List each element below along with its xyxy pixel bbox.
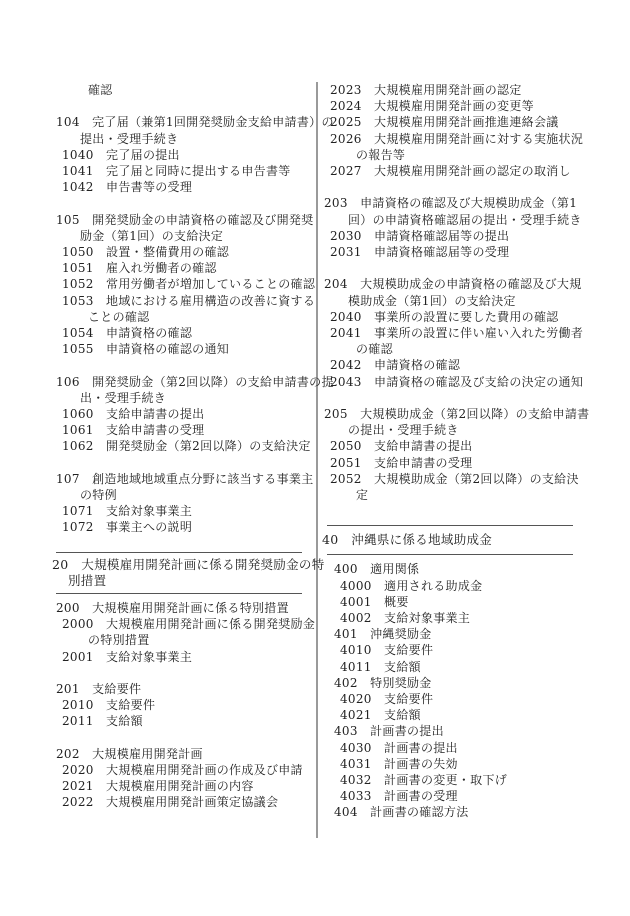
toc-entry-subsection: 2052 大規模助成金（第2回以降）の支給決	[324, 471, 580, 487]
toc-entry-subsection: 2020 大規模雇用開発計画の作成及び申請	[56, 762, 302, 778]
toc-entry-subsection: 2011 支給額	[56, 713, 302, 729]
toc-entry-subsection: 4031 計画書の失効	[334, 756, 580, 772]
toc-entry-subsection: 2026 大規模雇用開発計画に対する実施状況	[324, 131, 580, 147]
spacer	[56, 665, 302, 681]
spacer	[324, 390, 580, 406]
toc-entry-subsection: 1041 完了届と同時に提出する申告書等	[56, 163, 302, 179]
toc-entry-section: 200 大規模雇用開発計画に係る特別措置	[56, 600, 302, 616]
toc-entry-subsection: 4011 支給額	[334, 659, 580, 675]
toc-entry-section: 400 適用関係	[334, 561, 580, 577]
toc-entry-section: 404 計画書の確認方法	[334, 804, 580, 820]
toc-entry-subsection: 4032 計画書の変更・取下げ	[334, 772, 580, 788]
toc-entry-section: 204 大規模助成金の申請資格の確認及び大規	[324, 276, 580, 292]
toc-entry-subsection: 1060 支給申請書の提出	[56, 406, 302, 422]
toc-entry-subsection: 4020 支給要件	[334, 691, 580, 707]
toc-entry-section: 106 開発奨励金（第2回以降）の支給申請書の提	[56, 374, 302, 390]
toc-entry-subsection: 1040 完了届の提出	[56, 147, 302, 163]
toc-entry-continuation: ことの確認	[56, 309, 302, 325]
toc-entry-subsection: 4000 適用される助成金	[334, 578, 580, 594]
toc-entry-subsection: 2023 大規模雇用開発計画の認定	[324, 82, 580, 98]
toc-entry-subsection: 1055 申請資格の確認の通知	[56, 341, 302, 357]
toc-entry-subsection: 4010 支給要件	[334, 642, 580, 658]
toc-entry-section: 403 計画書の提出	[334, 723, 580, 739]
toc-entry-subsection: 4033 計画書の受理	[334, 788, 580, 804]
toc-entry-continuation: の確認	[324, 341, 580, 357]
toc-entry-subsection: 1051 雇入れ労働者の確認	[56, 260, 302, 276]
toc-entry-subsection: 2027 大規模雇用開発計画の認定の取消し	[324, 163, 580, 179]
toc-entry-subsection: 2010 支給要件	[56, 697, 302, 713]
toc-entry-subsection: 2001 支給対象事業主	[56, 649, 302, 665]
section-heading-line1: 20 大規模雇用開発計画に係る開発奨励金の特	[52, 557, 302, 573]
toc-entry-section: 401 沖縄奨励金	[334, 626, 580, 642]
toc-entry-subsection: 2041 事業所の設置に伴い雇い入れた労働者	[324, 325, 580, 341]
toc-entry-subsection: 2042 申請資格の確認	[324, 357, 580, 373]
toc-entry-continuation: 模助成金（第1回）の支給決定	[324, 293, 580, 309]
toc-entry-section: 202 大規模雇用開発計画	[56, 746, 302, 762]
left-column: 確認104 完了届（兼第1回開発奨励金支給申請書）の提出・受理手続き1040 完…	[56, 82, 302, 811]
toc-list-left-top: 確認104 完了届（兼第1回開発奨励金支給申請書）の提出・受理手続き1040 完…	[56, 82, 302, 536]
right-column: 2023 大規模雇用開発計画の認定2024 大規模雇用開発計画の変更等2025 …	[324, 82, 580, 821]
toc-entry-continuation: の提出・受理手続き	[324, 422, 580, 438]
toc-entry-subsection: 1054 申請資格の確認	[56, 325, 302, 341]
toc-entry-continuation: 回）の申請資格確認届の提出・受理手続き	[324, 212, 580, 228]
toc-entry-continuation: 提出・受理手続き	[56, 131, 302, 147]
spacer	[56, 357, 302, 373]
toc-list-right-bottom: 400 適用関係4000 適用される助成金4001 概要4002 支給対象事業主…	[324, 561, 580, 820]
toc-entry-section: 104 完了届（兼第1回開発奨励金支給申請書）の	[56, 114, 302, 130]
spacer	[324, 260, 580, 276]
toc-entry-subsection: 2031 申請資格確認届等の受理	[324, 244, 580, 260]
toc-entry-subsection: 4030 計画書の提出	[334, 740, 580, 756]
toc-entry-subsection: 4001 概要	[334, 594, 580, 610]
toc-entry-continuation: の特例	[56, 487, 302, 503]
toc-list-right-top: 2023 大規模雇用開発計画の認定2024 大規模雇用開発計画の変更等2025 …	[324, 82, 580, 503]
toc-entry-subsection: 4002 支給対象事業主	[334, 610, 580, 626]
spacer	[56, 195, 302, 211]
toc-entry-subsection: 1072 事業主への説明	[56, 519, 302, 535]
spacer	[56, 98, 302, 114]
toc-entry-continuation: 定	[324, 487, 580, 503]
toc-entry-subsection: 1050 設置・整備費用の確認	[56, 244, 302, 260]
section-heading-line2: 別措置	[56, 573, 302, 589]
toc-entry-subsection: 2043 申請資格の確認及び支給の決定の通知	[324, 374, 580, 390]
toc-entry-section: 105 開発奨励金の申請資格の確認及び開発奨	[56, 212, 302, 228]
toc-entry-section: 201 支給要件	[56, 681, 302, 697]
section-heading-20: 20 大規模雇用開発計画に係る開発奨励金の特 別措置	[56, 553, 302, 593]
toc-entry-section: 107 創造地域地域重点分野に該当する事業主	[56, 471, 302, 487]
column-divider	[316, 82, 318, 838]
toc-entry-subsection: 2051 支給申請書の受理	[324, 455, 580, 471]
toc-entry-continuation: 出・受理手続き	[56, 390, 302, 406]
toc-list-left-bottom: 200 大規模雇用開発計画に係る特別措置2000 大規模雇用開発計画に係る開発奨…	[56, 600, 302, 811]
toc-entry-subsection: 1052 常用労働者が増加していることの確認	[56, 276, 302, 292]
spacer	[324, 179, 580, 195]
toc-entry-section: 205 大規模助成金（第2回以降）の支給申請書	[324, 406, 580, 422]
toc-entry-subsection: 2030 申請資格確認届等の提出	[324, 228, 580, 244]
toc-entry-continuation: 確認	[56, 82, 302, 98]
toc-entry-continuation: の特別措置	[56, 632, 302, 648]
section-heading-40: 40 沖縄県に係る地域助成金	[324, 526, 580, 554]
section-heading-line1: 40 沖縄県に係る地域助成金	[322, 532, 580, 548]
toc-entry-subsection: 2000 大規模雇用開発計画に係る開発奨励金	[56, 616, 302, 632]
toc-entry-subsection: 2024 大規模雇用開発計画の変更等	[324, 98, 580, 114]
toc-entry-subsection: 2021 大規模雇用開発計画の内容	[56, 778, 302, 794]
toc-entry-section: 203 申請資格の確認及び大規模助成金（第1	[324, 195, 580, 211]
toc-entry-subsection: 1062 開発奨励金（第2回以降）の支給決定	[56, 438, 302, 454]
toc-entry-subsection: 2040 事業所の設置に要した費用の確認	[324, 309, 580, 325]
toc-entry-section: 402 特別奨励金	[334, 675, 580, 691]
toc-entry-continuation: の報告等	[324, 147, 580, 163]
toc-entry-subsection: 1061 支給申請書の受理	[56, 422, 302, 438]
toc-entry-subsection: 2050 支給申請書の提出	[324, 438, 580, 454]
toc-entry-subsection: 4021 支給額	[334, 707, 580, 723]
toc-entry-subsection: 1042 申告書等の受理	[56, 179, 302, 195]
toc-entry-subsection: 2022 大規模雇用開発計画策定協議会	[56, 794, 302, 810]
toc-entry-subsection: 2025 大規模雇用開発計画推進連絡会議	[324, 114, 580, 130]
toc-entry-subsection: 1071 支給対象事業主	[56, 503, 302, 519]
spacer	[56, 730, 302, 746]
spacer	[56, 455, 302, 471]
toc-entry-continuation: 励金（第1回）の支給決定	[56, 228, 302, 244]
toc-entry-subsection: 1053 地域における雇用構造の改善に資する	[56, 293, 302, 309]
